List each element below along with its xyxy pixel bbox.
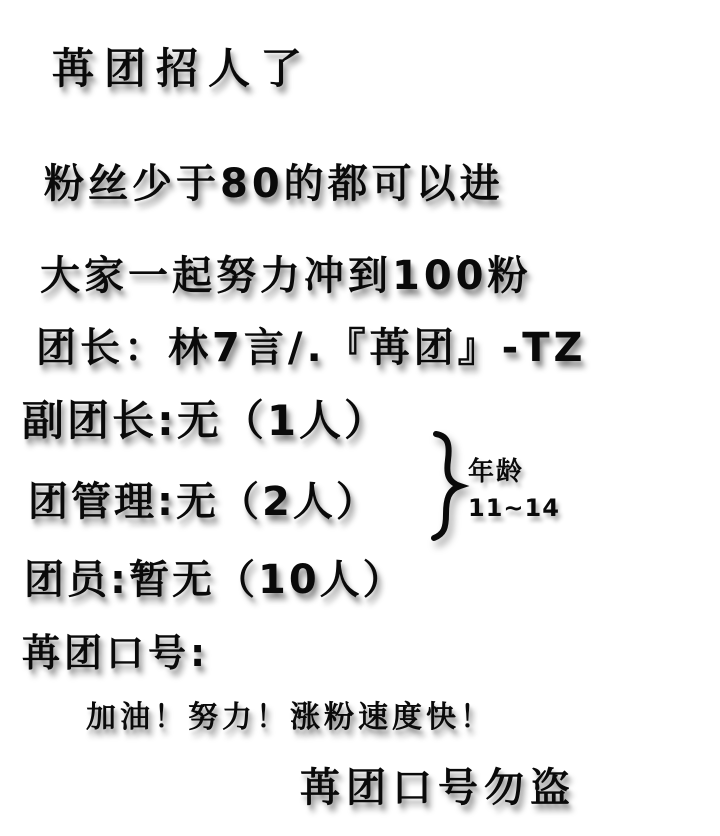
- goal-text: 大家一起努力冲到100粉: [40, 244, 532, 301]
- footer-note: 苒团口号勿盗: [300, 756, 576, 813]
- managers-row: 团管理:无（2人）: [28, 470, 379, 527]
- managers-value: 无: [176, 479, 219, 525]
- members-separator: :: [110, 557, 129, 603]
- vice-leader-label: 副团长: [22, 396, 157, 445]
- members-value: 暂无: [129, 557, 215, 603]
- members-label: 团员: [24, 557, 110, 603]
- members-row: 团员:暂无（10人）: [24, 548, 406, 605]
- slogan-label: 苒团口号:: [22, 622, 209, 677]
- poster-title: 苒团招人了: [52, 36, 312, 96]
- leader-row: 团长：林7言/.『苒团』-TZ: [36, 316, 587, 373]
- curly-brace-icon: [430, 430, 470, 542]
- members-count: （10人）: [215, 557, 406, 603]
- leader-label: 团长: [36, 325, 124, 371]
- age-note: 年龄 11~14: [468, 454, 560, 526]
- vice-leader-value: 无: [177, 396, 222, 445]
- age-label: 年龄: [468, 454, 560, 490]
- leader-separator: ：: [124, 325, 168, 371]
- managers-count: （2人）: [219, 479, 379, 525]
- vice-leader-count: （1人）: [222, 396, 389, 445]
- vice-leader-row: 副团长:无（1人）: [22, 388, 389, 448]
- managers-label: 团管理: [28, 479, 157, 525]
- slogan-text: 加油！努力！涨粉速度快！: [86, 692, 494, 736]
- age-range: 11~14: [468, 490, 560, 526]
- vice-leader-separator: :: [157, 396, 177, 445]
- requirement-text: 粉丝少于80的都可以进: [44, 152, 504, 209]
- leader-value: 林7言/.『苒团』-TZ: [168, 325, 587, 371]
- managers-separator: :: [157, 479, 176, 525]
